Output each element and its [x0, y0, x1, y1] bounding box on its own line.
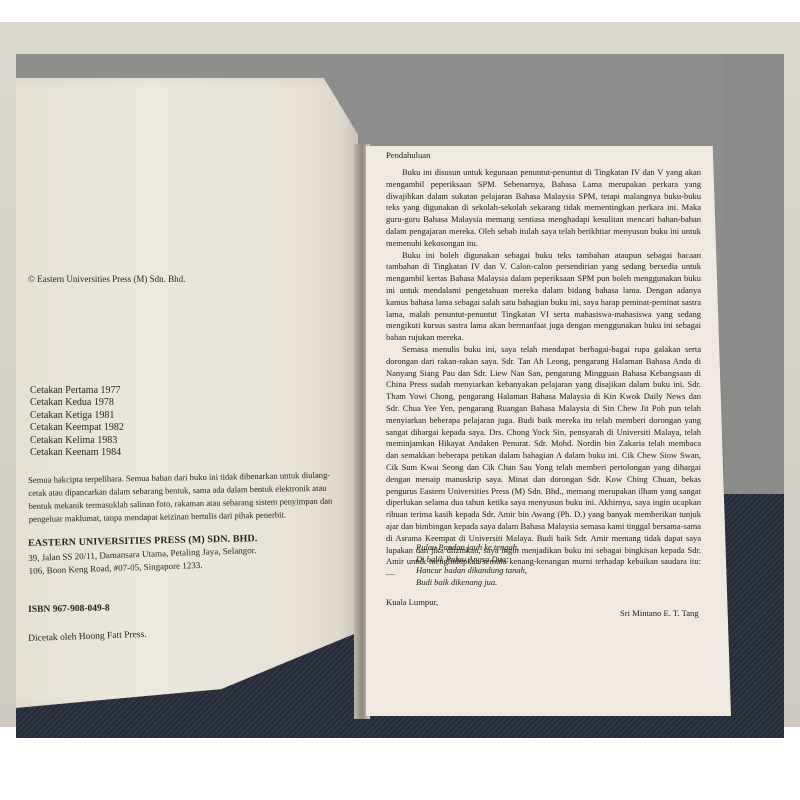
- edition-item: Cetakan Ketiga 1981: [30, 410, 124, 422]
- rights-notice: Semua hakcipta terpelihara. Semua bahan …: [28, 468, 349, 526]
- paragraph: Buku ini boleh digunakan sebagai buku te…: [386, 250, 701, 344]
- verse-line: Budi baik dikenang jua.: [416, 577, 527, 589]
- edition-item: Cetakan Pertama 1977: [30, 385, 124, 397]
- pantun-verse: Pulau Pandan jauh ke tengah, Di balik Pu…: [416, 542, 527, 588]
- edition-list: Cetakan Pertama 1977 Cetakan Kedua 1978 …: [30, 385, 124, 459]
- verse-line: Pulau Pandan jauh ke tengah,: [416, 542, 527, 554]
- edition-item: Cetakan Kedua 1978: [30, 397, 124, 409]
- background-wall: [724, 54, 784, 514]
- edition-item: Cetakan Keenam 1984: [30, 447, 124, 459]
- isbn: ISBN 967-908-049-8: [28, 603, 110, 617]
- page-title: Pendahuluan: [386, 150, 430, 160]
- author-signature: Sri Mintano E. T. Tang: [620, 608, 699, 618]
- signing-place: Kuala Lumpur,: [386, 597, 438, 607]
- paragraph: Buku ini disusun untuk kegunaan penuntut…: [386, 167, 701, 250]
- edition-item: Cetakan Kelima 1983: [30, 435, 124, 447]
- verse-line: Hancur badan dikandung tanah,: [416, 565, 527, 577]
- edition-item: Cetakan Keempat 1982: [30, 422, 124, 434]
- preface-body: Buku ini disusun untuk kegunaan penuntut…: [386, 167, 701, 580]
- verse-line: Di balik Pulau Angsa Dua;: [416, 554, 527, 566]
- copyright-line: © Eastern Universities Press (M) Sdn. Bh…: [28, 273, 185, 286]
